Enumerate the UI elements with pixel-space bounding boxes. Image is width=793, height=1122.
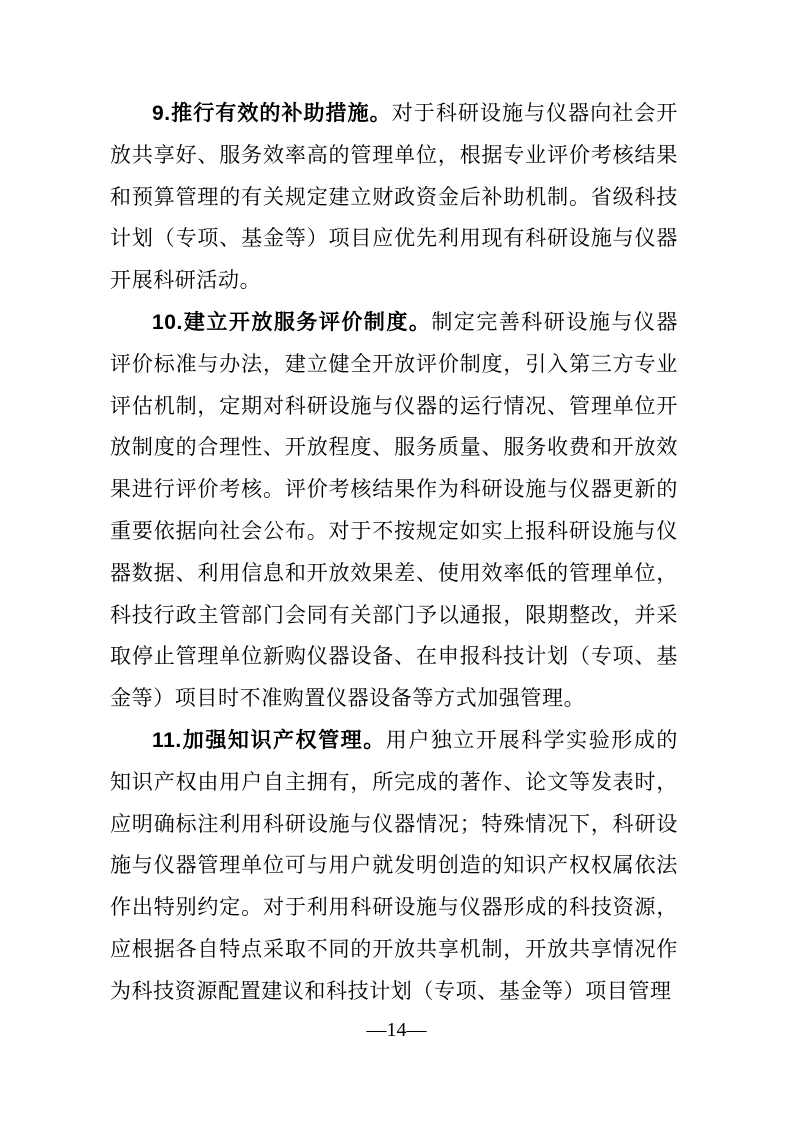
paragraph-11-heading: 11.加强知识产权管理。 (152, 729, 386, 752)
paragraph-9-heading: 9.推行有效的补助措施。 (152, 102, 392, 125)
paragraph-9: 9.推行有效的补助措施。对于科研设施与仪器向社会开放共享好、服务效率高的管理单位… (110, 93, 678, 302)
paragraph-9-text: 对于科研设施与仪器向社会开放共享好、服务效率高的管理单位，根据专业评价考核结果和… (110, 101, 678, 292)
document-body: 9.推行有效的补助措施。对于科研设施与仪器向社会开放共享好、服务效率高的管理单位… (110, 93, 678, 1013)
page-number: —14— (0, 1017, 793, 1043)
document-page: 9.推行有效的补助措施。对于科研设施与仪器向社会开放共享好、服务效率高的管理单位… (0, 0, 793, 1122)
paragraph-10: 10.建立开放服务评价制度。制定完善科研设施与仪器评价标准与办法，建立健全开放评… (110, 302, 678, 720)
paragraph-10-heading: 10.建立开放服务评价制度。 (152, 311, 431, 334)
paragraph-11-text: 用户独立开展科学实验形成的知识产权由用户自主拥有，所完成的著作、论文等发表时，应… (110, 728, 678, 1003)
paragraph-10-text: 制定完善科研设施与仪器评价标准与办法，建立健全开放评价制度，引入第三方专业评估机… (110, 310, 678, 710)
paragraph-11: 11.加强知识产权管理。用户独立开展科学实验形成的知识产权由用户自主拥有，所完成… (110, 720, 678, 1013)
